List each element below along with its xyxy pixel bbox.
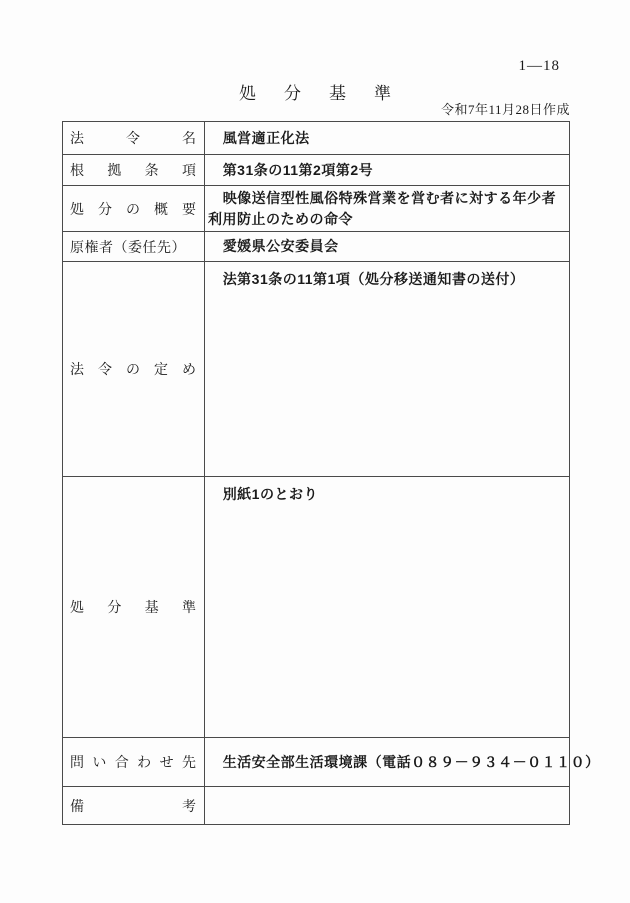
disposition-table: 法令名 風営適正化法 根拠条項 第31条の11第2項第2号 処分の概要 映像送信… [62,121,570,825]
row-label: 根拠条項 [63,155,205,185]
document-title-text: 処分基準 [239,79,391,104]
table-row-disposition-criteria: 処分基準 別紙1のとおり [63,476,569,737]
table-row-remarks: 備考 [63,786,569,824]
table-row-basis-clause: 根拠条項 第31条の11第2項第2号 [63,154,569,185]
row-label-text: 原権者（委任先） [70,237,196,257]
row-label-text: 備考 [70,796,196,816]
row-value-text: 第31条の11第2項第2号 [208,160,563,181]
row-label: 備考 [63,787,205,824]
row-value [205,787,569,824]
row-label-text: 処分の概要 [70,199,196,219]
row-value: 法第31条の11第1項（処分移送通知書の送付） [205,262,569,476]
row-value-text: 生活安全部生活環境課（電話０８９－９３４－０１１０） [208,752,600,773]
row-value: 映像送信型性風俗特殊営業を営む者に対する年少者利用防止のための命令 [205,186,569,231]
table-row-disposition-summary: 処分の概要 映像送信型性風俗特殊営業を営む者に対する年少者利用防止のための命令 [63,185,569,231]
row-label: 法令の定め [63,262,205,476]
row-label-text: 法令名 [70,128,196,148]
page-number: 1—18 [519,58,561,75]
row-value: 別紙1のとおり [205,477,569,737]
row-value-text: 愛媛県公安委員会 [208,236,563,257]
table-row-contact: 問い合わせ先 生活安全部生活環境課（電話０８９－９３４－０１１０） [63,737,569,786]
created-date: 令和7年11月28日作成 [441,99,570,118]
row-label: 処分基準 [63,477,205,737]
row-label-text: 処分基準 [70,597,196,617]
table-row-law-name: 法令名 風営適正化法 [63,122,569,154]
row-value-text: 別紙1のとおり [208,484,563,505]
row-value: 風営適正化法 [205,122,569,154]
row-label: 問い合わせ先 [63,738,205,786]
row-value: 愛媛県公安委員会 [205,232,569,261]
table-row-legal-provisions: 法令の定め 法第31条の11第1項（処分移送通知書の送付） [63,261,569,476]
row-label-text: 根拠条項 [70,160,196,180]
row-label-text: 問い合わせ先 [70,752,196,772]
row-label: 処分の概要 [63,186,205,231]
row-value-text: 風営適正化法 [208,128,563,149]
row-value-text: 映像送信型性風俗特殊営業を営む者に対する年少者利用防止のための命令 [208,188,563,230]
row-label: 法令名 [63,122,205,154]
row-value-text: 法第31条の11第1項（処分移送通知書の送付） [208,269,563,290]
row-value: 第31条の11第2項第2号 [205,155,569,185]
table-row-original-authority: 原権者（委任先） 愛媛県公安委員会 [63,231,569,261]
row-value: 生活安全部生活環境課（電話０８９－９３４－０１１０） [205,738,606,786]
document-page: 1—18 処分基準 令和7年11月28日作成 法令名 風営適正化法 根拠条項 第… [0,0,630,903]
row-label-text: 法令の定め [70,359,196,379]
row-label: 原権者（委任先） [63,232,205,261]
